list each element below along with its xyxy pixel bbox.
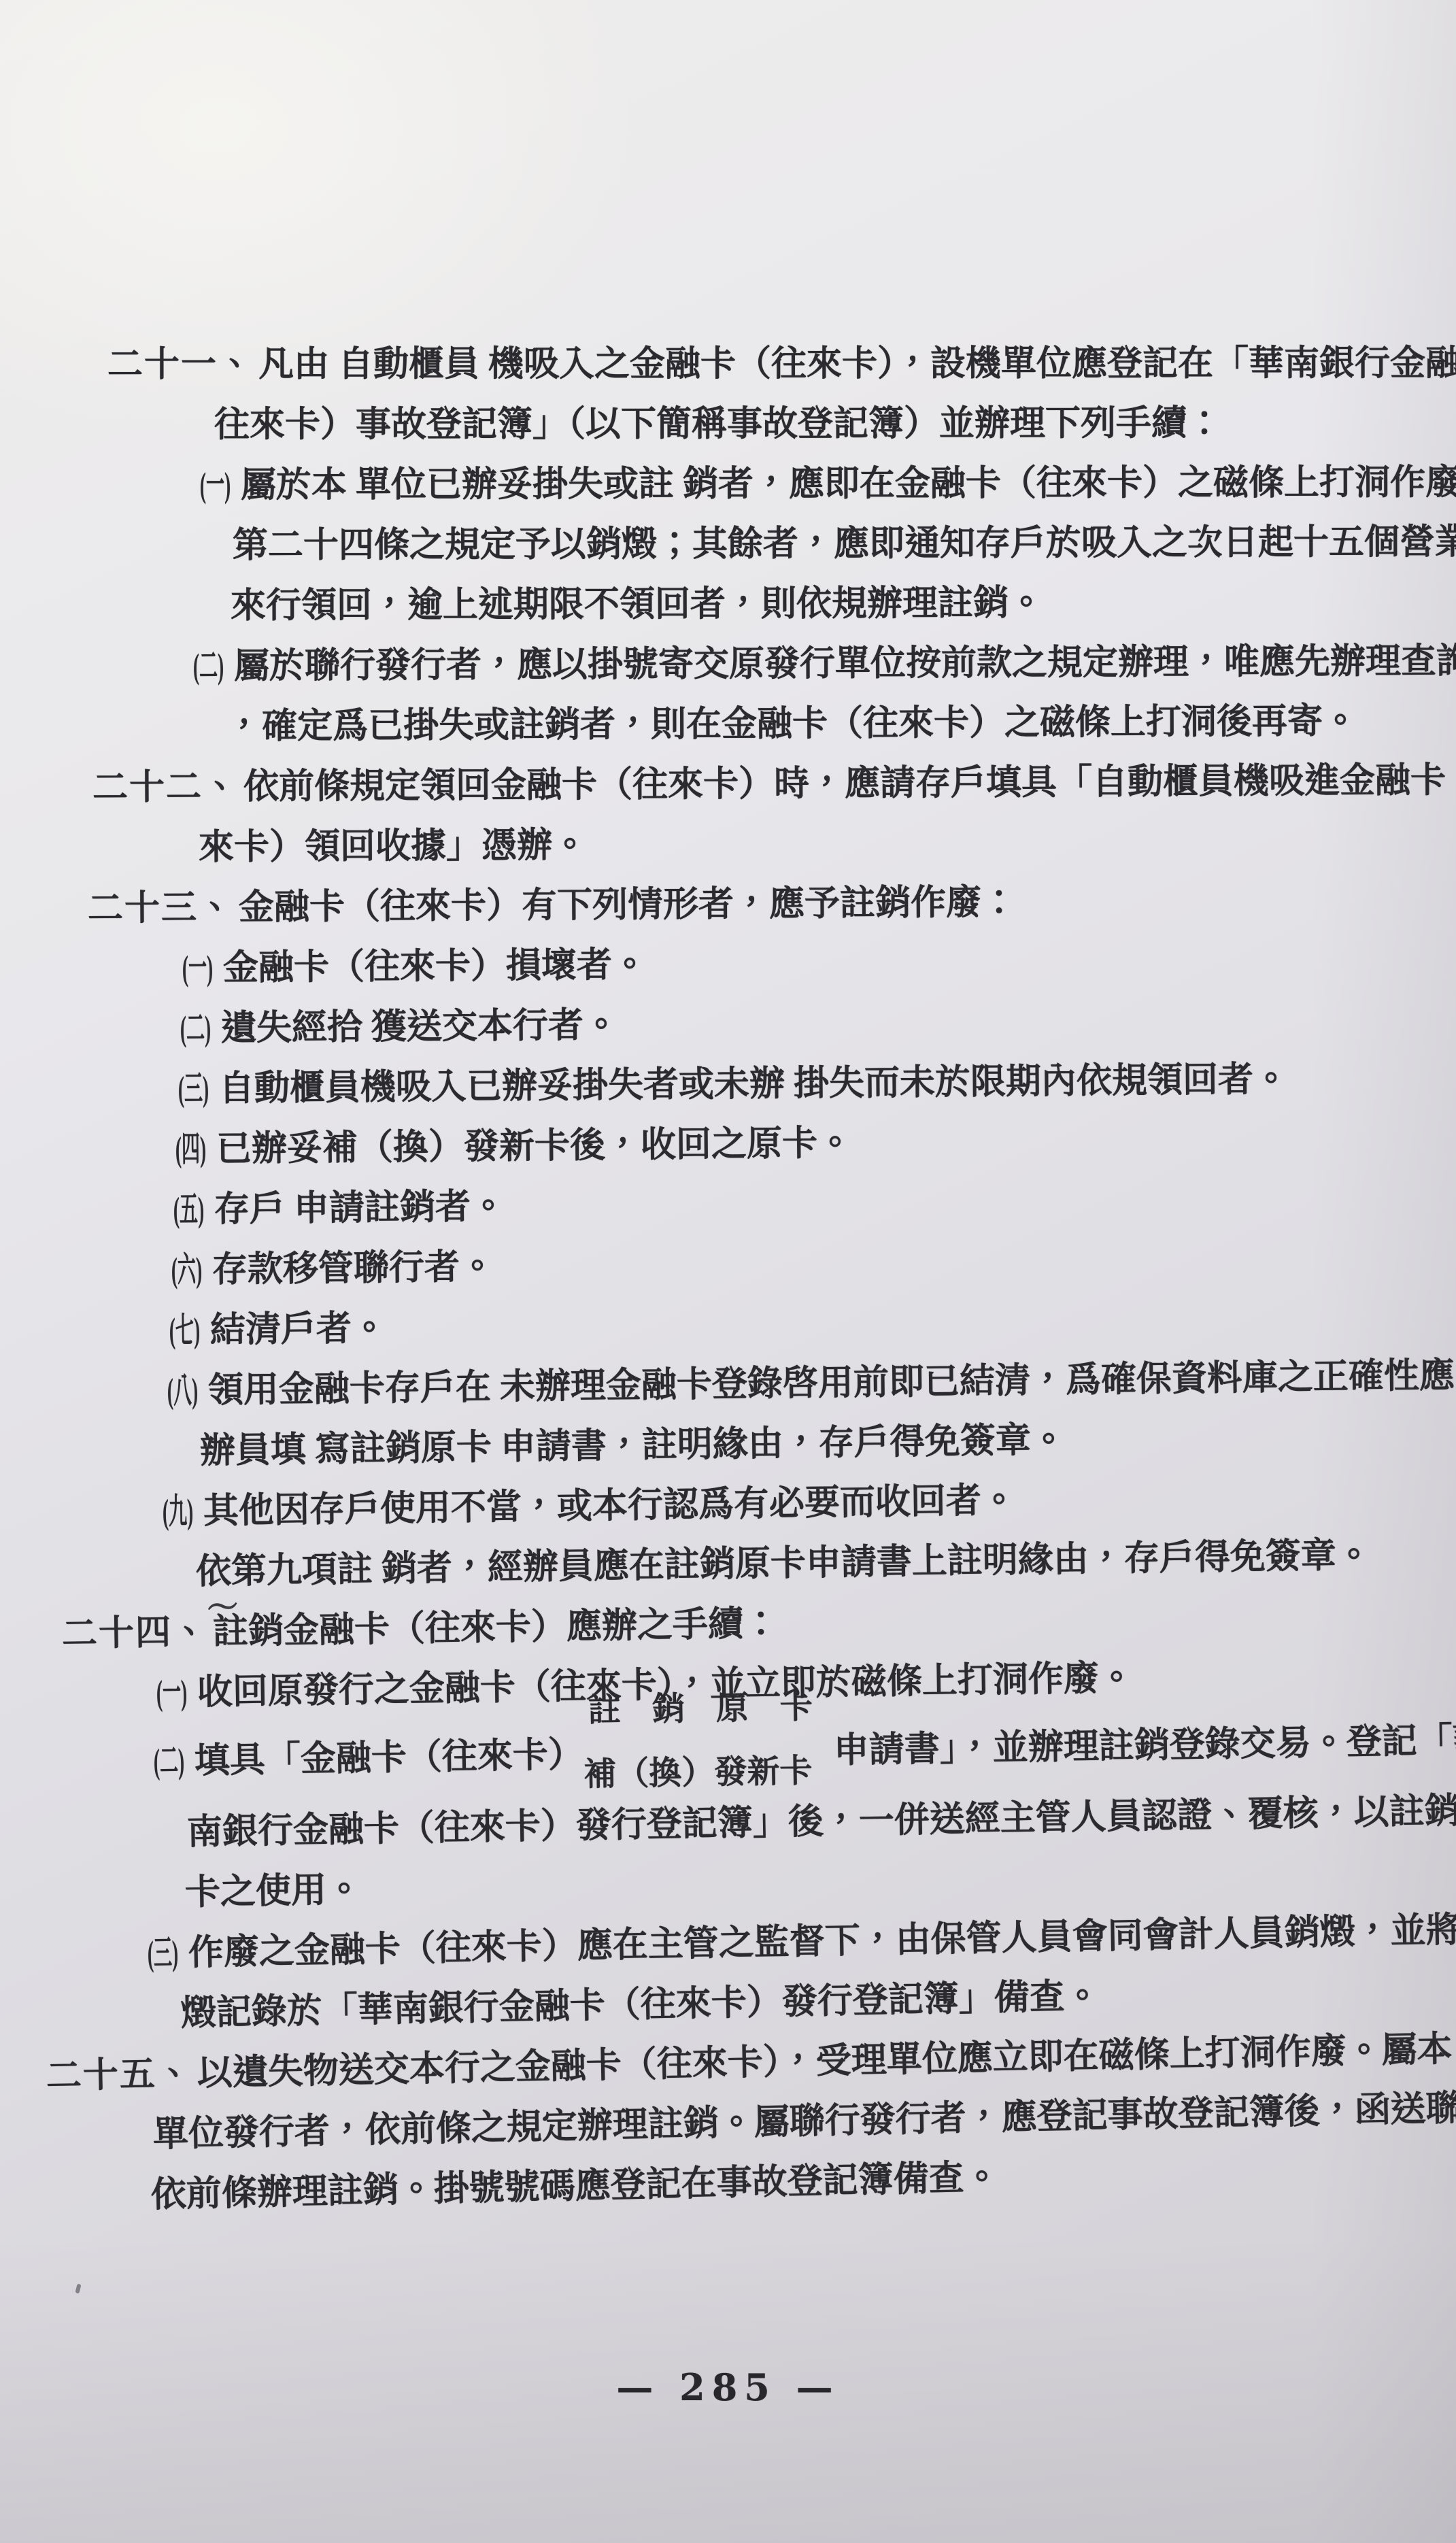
line-text: 第二十四條之規定予以銷燬；其餘者，應即通知存戶於吸入之次日起十五個營業日內 bbox=[233, 522, 1456, 565]
line-text: 遺失經拾 獲送交本行者。 bbox=[221, 1006, 619, 1048]
list-marker: 二十一、 bbox=[107, 346, 254, 384]
list-marker: 二十四、 bbox=[61, 1613, 209, 1653]
text-line: 二十一、凡由 自動櫃員 機吸入之金融卡（往來卡），設機單位應登記在「華南銀行金融… bbox=[0, 333, 1456, 395]
stacked-term: 註銷原卡補（換）發新卡 bbox=[583, 1721, 834, 1785]
line-text: 註銷金融卡（往來卡）應辦之手續： bbox=[212, 1604, 779, 1651]
handwritten-tilde-mark: 〜 bbox=[204, 1576, 241, 1639]
line-text: 依第九項註 銷者，經辦員應在註銷原卡申請書上註明緣由，存戶得免簽章。 bbox=[196, 1536, 1372, 1592]
line-text: 其他因存戶使用不當，或本行認爲有必要而收回者。 bbox=[203, 1481, 1017, 1531]
line-text: 卡之使用。 bbox=[184, 1870, 362, 1913]
list-marker: (四) bbox=[175, 1119, 197, 1180]
list-marker: (七) bbox=[169, 1300, 190, 1361]
paper-speck bbox=[75, 2283, 81, 2293]
line-text: 領用金融卡存戶在 未辦理金融卡登錄啓用前即已結清，爲確保資料庫之正確性應由經 bbox=[207, 1355, 1456, 1411]
text-line: (二)填具「金融卡（往來卡）註銷原卡補（換）發新卡申請書」，並辦理註銷登錄交易。… bbox=[0, 1711, 1456, 1796]
line-text: 自動櫃員機吸入已辦妥掛失者或未辦 掛失而未於限期內依規領回者。 bbox=[218, 1060, 1288, 1109]
line-text: 依前條辦理註銷。掛號號碼應登記在事故登記簿備查。 bbox=[150, 2158, 1000, 2214]
line-text: 依前條規定領回金融卡（往來卡）時，應請存戶填具「自動櫃員機吸進金融卡（往 bbox=[243, 761, 1456, 807]
text-line: (二)屬於聯行發行者，應以掛號寄交原發行單位按前款之規定辦理，唯應先辦理查詢交易 bbox=[0, 631, 1456, 698]
line-text: 已辦妥補（換）發新卡後，收回之原卡。 bbox=[216, 1124, 853, 1169]
line-text: 來卡）領回收據」憑辦。 bbox=[199, 826, 588, 868]
list-marker: (九) bbox=[163, 1482, 184, 1543]
line-text: 往來卡）事故登記簿」（以下簡稱事故登記簿）並辦理下列手續： bbox=[214, 404, 1222, 444]
text-line: 往來卡）事故登記簿」（以下簡稱事故登記簿）並辦理下列手續： bbox=[0, 393, 1456, 456]
list-marker: (三) bbox=[177, 1059, 199, 1119]
text-line: 第二十四條之規定予以銷燬；其餘者，應即通知存戶於吸入之次日起十五個營業日內 bbox=[0, 512, 1456, 577]
list-marker: (八) bbox=[167, 1361, 188, 1421]
list-marker: (二) bbox=[193, 637, 215, 697]
line-text: 存款移管聯行者。 bbox=[212, 1248, 496, 1290]
list-marker: (三) bbox=[147, 1923, 169, 1985]
text-line: ，確定爲已掛失或註銷者，則在金融卡（往來卡）之磁條上打洞後再寄。 bbox=[0, 691, 1456, 758]
document-page: 二十一、凡由 自動櫃員 機吸入之金融卡（往來卡），設機單位應登記在「華南銀行金融… bbox=[0, 0, 1456, 2543]
document-body: 二十一、凡由 自動櫃員 機吸入之金融卡（往來卡），設機單位應登記在「華南銀行金融… bbox=[0, 0, 1456, 2230]
line-text: 填具「金融卡（往來卡） bbox=[194, 1736, 584, 1781]
line-text: 辦員填 寫註銷原卡 申請書，註明緣由，存戶得免簽章。 bbox=[200, 1421, 1067, 1470]
line-text: 凡由 自動櫃員 機吸入之金融卡（往來卡），設機單位應登記在「華南銀行金融卡（ bbox=[258, 344, 1456, 384]
line-text: ，確定爲已掛失或註銷者，則在金融卡（往來卡）之磁條上打洞後再寄。 bbox=[226, 702, 1358, 746]
line-text: 申請書」，並辦理註銷登錄交易。登記「華 bbox=[834, 1721, 1456, 1771]
list-marker: 二十五、 bbox=[46, 2055, 194, 2096]
text-line: (一)屬於本 單位已辦妥掛失或註 銷者，應即在金融卡（往來卡）之磁條上打洞作廢，… bbox=[0, 452, 1456, 516]
stacked-term-bottom: 補（換）發新卡 bbox=[583, 1754, 813, 1793]
list-marker: (六) bbox=[171, 1240, 193, 1300]
list-marker: (五) bbox=[173, 1180, 195, 1241]
list-marker: (一) bbox=[156, 1663, 178, 1723]
line-text: 結清戶者。 bbox=[209, 1309, 387, 1350]
line-text: 屬於本 單位已辦妥掛失或註 銷者，應即在金融卡（往來卡）之磁條上打洞作廢，並依 bbox=[241, 463, 1456, 505]
stacked-term-top: 註銷原卡 bbox=[588, 1689, 845, 1729]
line-text: 金融卡（往來卡）損壞者。 bbox=[223, 946, 647, 988]
list-marker: 二十二、 bbox=[92, 768, 239, 807]
list-marker: (二) bbox=[180, 998, 201, 1059]
list-marker: (一) bbox=[200, 455, 221, 516]
line-text: 屬於聯行發行者，應以掛號寄交原發行單位按前款之規定辦理，唯應先辦理查詢交易 bbox=[234, 641, 1456, 686]
text-line: 來行領回，逾上述期限不領回者，則依規辦理註銷。 bbox=[0, 571, 1456, 637]
line-text: 存戶 申請註銷者。 bbox=[214, 1188, 507, 1229]
line-text: 南銀行金融卡（往來卡）發行登記簿」後，一併送經主管人員認證、覆核，以註銷該 bbox=[187, 1791, 1456, 1852]
list-marker: (一) bbox=[182, 939, 204, 999]
page-number: — 285 — bbox=[0, 2365, 1456, 2409]
list-marker: 二十三、 bbox=[88, 888, 235, 928]
line-text: 金融卡（往來卡）有下列情形者，應予註銷作廢： bbox=[239, 883, 1017, 928]
text-line: 二十三、金融卡（往來卡）有下列情形者，應予註銷作廢： bbox=[0, 869, 1456, 940]
line-text: 燬記錄於「華南銀行金融卡（往來卡）發行登記簿」備查。 bbox=[180, 1977, 1100, 2033]
text-line: 二十二、依前條規定領回金融卡（往來卡）時，應請存戶填具「自動櫃員機吸進金融卡（往 bbox=[0, 750, 1456, 819]
text-line: 來卡）領回收據」憑辦。 bbox=[0, 810, 1456, 879]
line-text: 來行領回，逾上述期限不領回者，則依規辦理註銷。 bbox=[231, 584, 1044, 626]
list-marker: (二) bbox=[154, 1732, 176, 1792]
